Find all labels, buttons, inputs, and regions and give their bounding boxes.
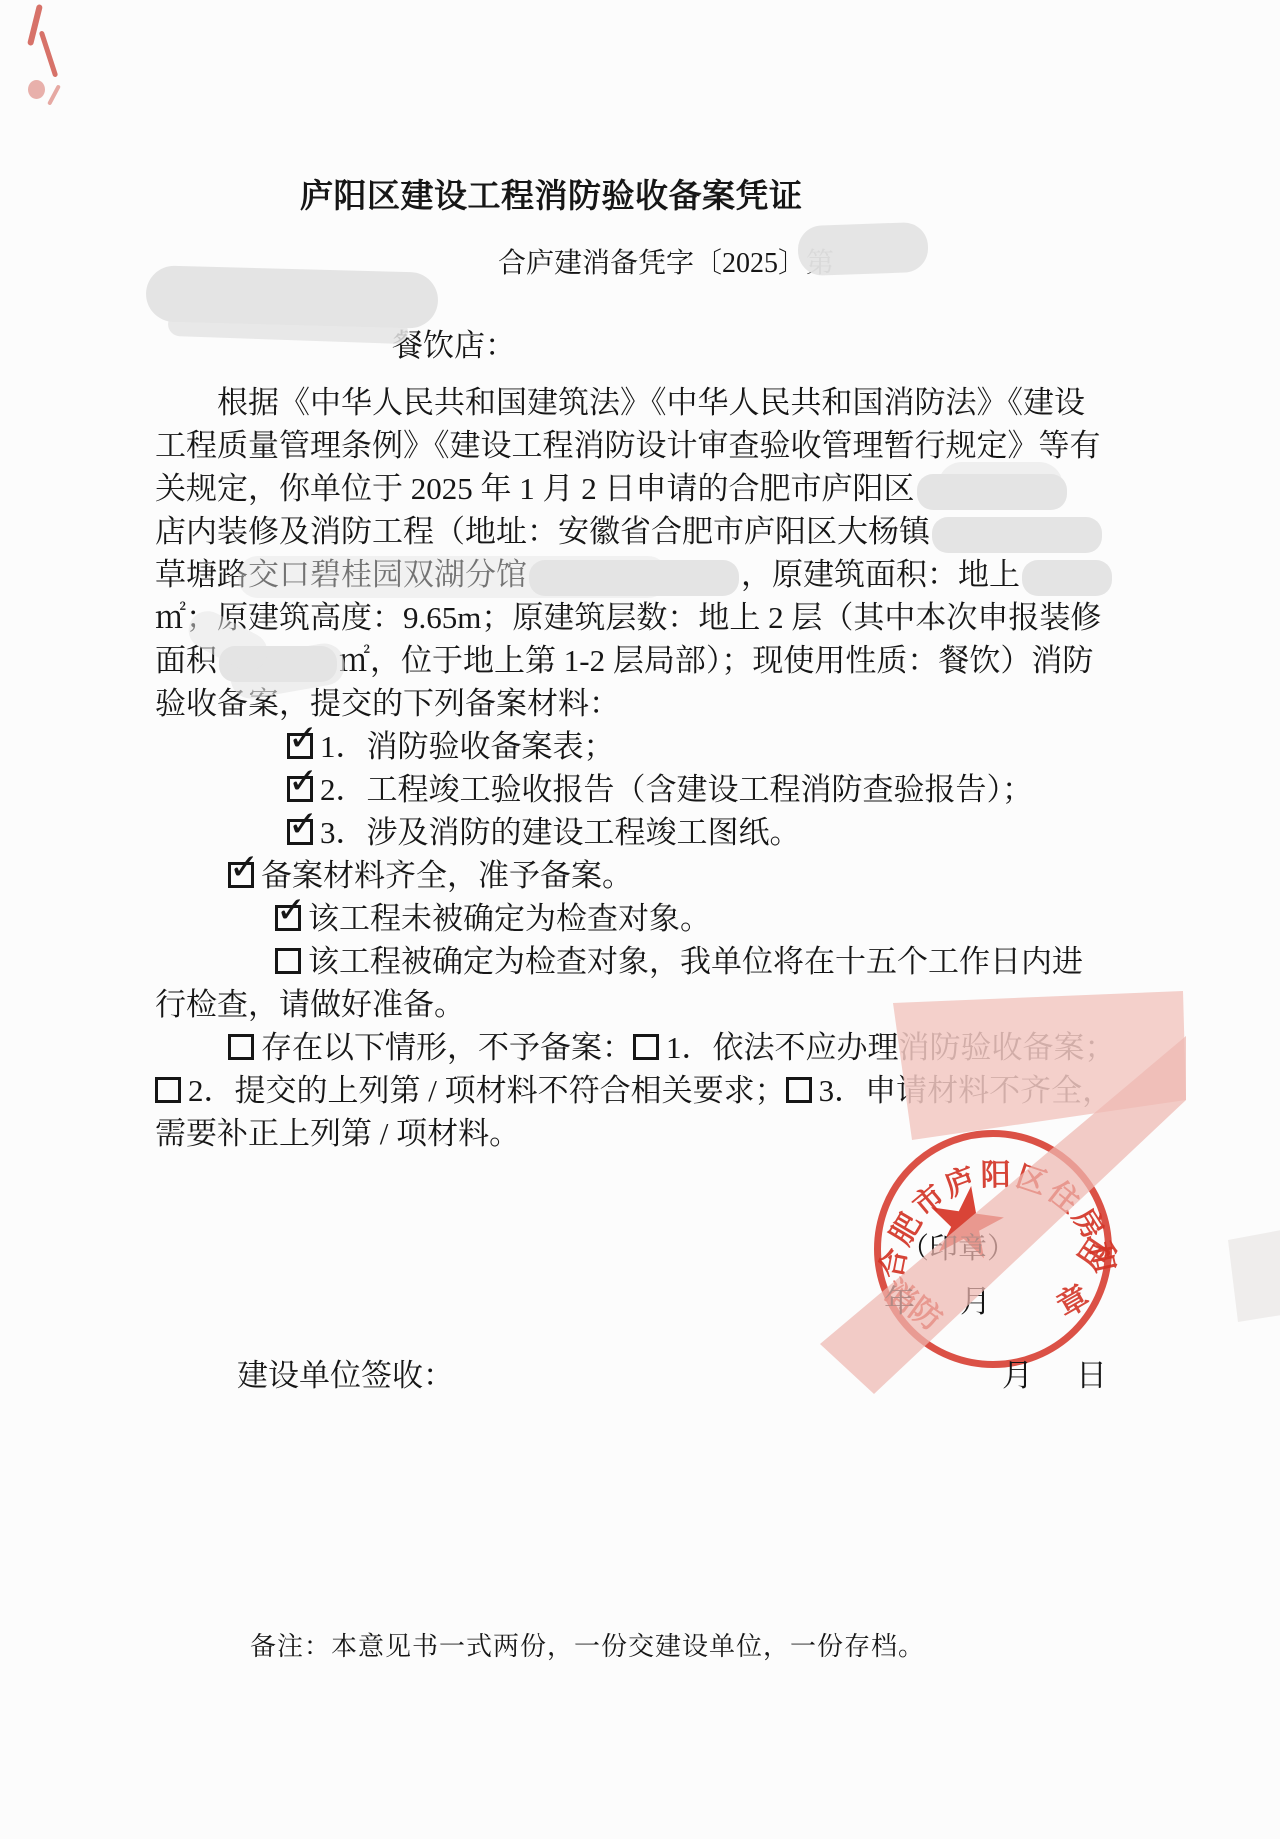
red-pen-mark (39, 30, 59, 77)
redaction-blob (797, 222, 929, 277)
text-segment: 店内装修及消防工程（地址：安徽省合肥市庐阳区大杨镇 (155, 514, 930, 549)
redaction-blob (238, 556, 668, 598)
text-line: ㎡；原建筑高度：9.65m；原建筑层数：地上 2 层（其中本次申报装修 (155, 596, 1165, 639)
checked-checkbox (287, 733, 313, 759)
unchecked-checkbox (155, 1077, 181, 1103)
text-line: 2．提交的上列第 / 项材料不符合相关要求；3．申请材料不齐全， (155, 1069, 1165, 1112)
text-segment: ，原建筑面积：地上 (741, 557, 1020, 592)
text-segment: 备案材料齐全，准予备案。 (261, 858, 633, 893)
document-title: 庐阳区建设工程消防验收备案凭证 (300, 170, 803, 217)
checked-checkbox (287, 819, 313, 845)
text-segment: 1．消防验收备案表； (320, 729, 615, 764)
text-line: 该工程被确定为检查对象，我单位将在十五个工作日内进 (155, 940, 1165, 983)
text-line: 店内装修及消防工程（地址：安徽省合肥市庐阳区大杨镇 (155, 510, 1165, 553)
text-segment: 需要补正上列第 / 项材料。 (155, 1116, 520, 1151)
red-pen-mark (28, 80, 45, 99)
text-segment: ㎡；原建筑高度：9.65m；原建筑层数：地上 2 层（其中本次申报装修 (155, 600, 1101, 635)
footer-note: 备注：本意见书一式两份，一份交建设单位，一份存档。 (250, 1626, 925, 1663)
scanned-document-page: 庐阳区建设工程消防验收备案凭证 合庐建消备凭字〔2025〕第 餐饮店： 根据《中… (0, 0, 1280, 1839)
checked-checkbox (228, 862, 254, 888)
text-line: 工程质量管理条例》《建设工程消防设计审查验收管理暂行规定》等有 (155, 424, 1165, 467)
red-pen-mark (47, 84, 61, 105)
date-year-label: 年 (884, 1276, 915, 1321)
redaction-blob-inline (932, 517, 1102, 553)
redaction-blob (938, 462, 1063, 510)
unchecked-checkbox (633, 1034, 659, 1060)
text-segment: 验收备案，提交的下列备案材料： (155, 686, 620, 721)
unchecked-checkbox (786, 1077, 812, 1103)
date-month-label: 月 (960, 1276, 991, 1321)
text-line: 备案材料齐全，准予备案。 (155, 854, 1165, 897)
text-segment: 工程质量管理条例》《建设工程消防设计审查验收管理暂行规定》等有 (155, 428, 1101, 463)
text-line: 根据《中华人民共和国建筑法》《中华人民共和国消防法》《建设 (155, 381, 1165, 424)
sign-off-label: 建设单位签收： (237, 1350, 454, 1395)
text-segment: 2．工程竣工验收报告（含建设工程消防查验报告）； (320, 772, 1033, 807)
unchecked-checkbox (228, 1034, 254, 1060)
stamp-note: （印章） (900, 1226, 1016, 1267)
text-segment: ㎡，位于地上第 1-2 层局部）；现使用性质：餐饮）消防 (339, 643, 1093, 678)
sign-day-label: 日 (1076, 1350, 1107, 1395)
text-segment: 3．申请材料不齐全， (819, 1073, 1114, 1108)
checked-checkbox (287, 776, 313, 802)
unchecked-checkbox (275, 948, 301, 974)
text-line: 3．涉及消防的建设工程竣工图纸。 (155, 811, 1165, 854)
text-segment: 存在以下情形，不予备案： (261, 1030, 633, 1065)
redaction-blob-inline (1022, 560, 1112, 596)
text-segment: 行检查，请做好准备。 (155, 987, 465, 1022)
text-segment: 该工程被确定为检查对象，我单位将在十五个工作日内进 (308, 944, 1083, 979)
document-number: 合庐建消备凭字〔2025〕第 (498, 241, 834, 281)
sign-month-label: 月 (1002, 1350, 1033, 1395)
text-line: 该工程未被确定为检查对象。 (155, 897, 1165, 940)
text-segment: 3．涉及消防的建设工程竣工图纸。 (320, 815, 801, 850)
text-segment: 根据《中华人民共和国建筑法》《中华人民共和国消防法》《建设 (217, 385, 1085, 420)
checked-checkbox (275, 905, 301, 931)
text-segment: 2．提交的上列第 / 项材料不符合相关要求； (188, 1073, 786, 1108)
text-line: 行检查，请做好准备。 (155, 983, 1165, 1026)
text-segment: 关规定，你单位于 2025 年 1 月 2 日申请的合肥市庐阳区 (155, 471, 915, 506)
text-line: 存在以下情形，不予备案：1．依法不应办理消防验收备案； (155, 1026, 1165, 1069)
text-segment: 该工程未被确定为检查对象。 (308, 901, 711, 936)
text-segment: 1．依法不应办理消防验收备案； (666, 1030, 1116, 1065)
